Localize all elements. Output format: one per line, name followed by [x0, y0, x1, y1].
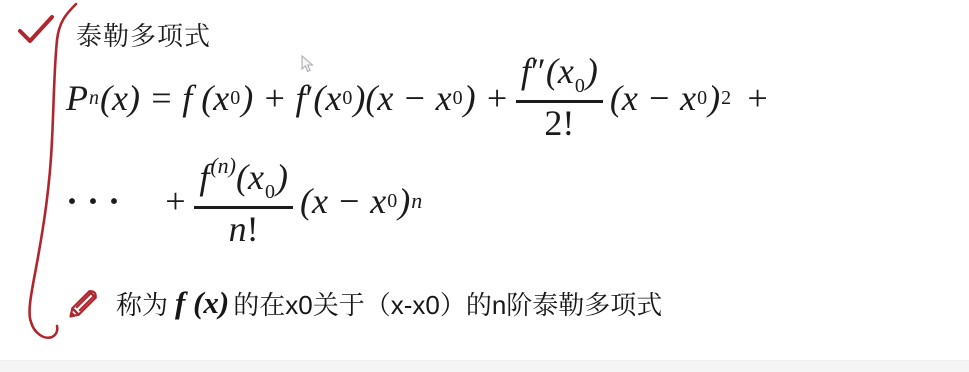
math-text: (x − x: [300, 180, 386, 222]
math-symbol: f: [521, 51, 531, 91]
math-operator: +: [163, 180, 187, 222]
math-symbol: n: [229, 209, 247, 249]
math-superscript: (n): [210, 153, 236, 178]
math-prime: ′: [306, 77, 314, 119]
fraction: f″(x0) 2!: [516, 53, 603, 143]
math-text: (x: [236, 157, 264, 197]
math-subscript: 0: [265, 181, 275, 203]
math-operator: +: [745, 77, 769, 119]
math-superscript: 2: [721, 87, 731, 110]
math-text: (x: [546, 51, 574, 91]
fraction-denominator: 2!: [539, 105, 579, 143]
fraction-numerator: f(n)(x0): [194, 154, 293, 203]
bottom-bar: [0, 360, 969, 372]
math-text: ): [398, 180, 410, 222]
math-text: ) + f: [241, 77, 305, 119]
math-text: ): [708, 77, 720, 119]
math-symbol: f: [199, 157, 209, 197]
fraction: f(n)(x0) n!: [194, 154, 293, 249]
notes-page: 泰勒多项式 Pn(x) = f (x0) + f′(x0)(x − x0) + …: [0, 0, 969, 372]
formula-line1: Pn(x) = f (x0) + f′(x0)(x − x0) + f″(x0)…: [66, 53, 769, 143]
math-text: )(x − x: [353, 77, 451, 119]
formula-line2: ··· + f(n)(x0) n! (x − x0)n: [66, 153, 422, 249]
checkmark-icon: [20, 17, 52, 41]
ellipsis: ···: [66, 180, 129, 222]
caption-prefix: 称为: [116, 285, 168, 322]
math-text: ): [586, 51, 598, 91]
math-text: (x) = f (x: [100, 77, 229, 119]
math-symbol: P: [66, 77, 88, 119]
math-text: (x: [313, 77, 341, 119]
pencil-icon: [62, 281, 106, 325]
caption-row: 称为 f (x) 的在x0关于（x-x0）的n阶泰勒多项式: [62, 279, 662, 327]
math-subscript: n: [89, 87, 99, 110]
math-subscript: 0: [387, 190, 397, 213]
page-title: 泰勒多项式: [76, 16, 211, 53]
math-subscript: 0: [575, 75, 585, 97]
math-text: ): [276, 157, 288, 197]
math-double-prime: ″: [531, 51, 546, 91]
caption-suffix: 的在x0关于（x-x0）的n阶泰勒多项式: [233, 285, 662, 322]
math-text: ) +: [464, 77, 509, 119]
math-subscript: 0: [453, 87, 463, 110]
caption-math: f (x): [175, 285, 229, 321]
math-subscript: 0: [697, 87, 707, 110]
fraction-denominator: n!: [224, 211, 264, 249]
math-text: !: [247, 209, 259, 249]
math-subscript: 0: [230, 87, 240, 110]
math-superscript: n: [411, 188, 422, 214]
fraction-numerator: f″(x0): [516, 53, 603, 97]
math-text: (x − x: [610, 77, 696, 119]
math-subscript: 0: [342, 87, 352, 110]
